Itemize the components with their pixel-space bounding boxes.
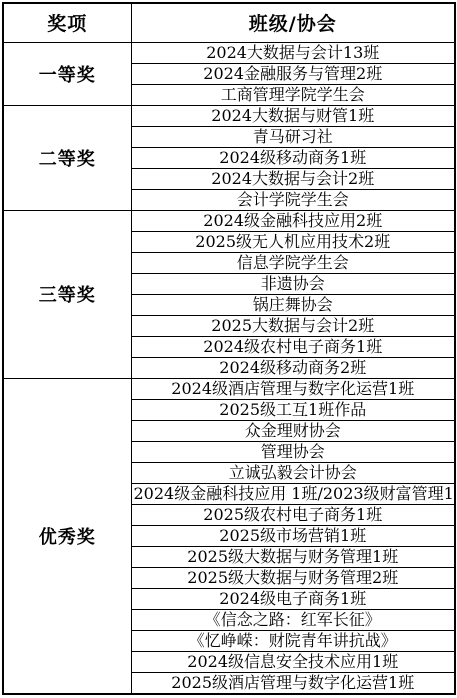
table-header: 奖项 班级/协会 xyxy=(3,3,455,42)
entry-cell: 2025大数据与会计2班 xyxy=(131,315,455,336)
table-row: 一等奖2024大数据与会计13班 xyxy=(3,42,455,63)
header-cell-class: 班级/协会 xyxy=(131,3,455,42)
entry-cell: 2024级酒店管理与数字化运营1班 xyxy=(131,378,455,399)
entry-cell: 立诚弘毅会计协会 xyxy=(131,462,455,483)
entry-cell: 《忆峥嵘：财院青年讲抗战》 xyxy=(131,630,455,651)
award-cell: 三等奖 xyxy=(3,210,131,378)
entry-cell: 非遗协会 xyxy=(131,273,455,294)
entry-cell: 2025级大数据与财务管理1班 xyxy=(131,546,455,567)
award-cell: 一等奖 xyxy=(3,42,131,105)
entry-cell: 2024级金融科技应用2班 xyxy=(131,210,455,231)
entry-cell: 锅庄舞协会 xyxy=(131,294,455,315)
entry-cell: 2025级工互1班作品 xyxy=(131,399,455,420)
entry-cell: 2024金融服务与管理2班 xyxy=(131,63,455,84)
entry-cell: 2024级移动商务2班 xyxy=(131,357,455,378)
entry-cell: 2024大数据与财管1班 xyxy=(131,105,455,126)
entry-cell: 2025级大数据与财务管理2班 xyxy=(131,567,455,588)
table-body: 一等奖2024大数据与会计13班2024金融服务与管理2班工商管理学院学生会二等… xyxy=(3,42,455,694)
entry-cell: 工商管理学院学生会 xyxy=(131,84,455,105)
entry-cell: 2024级电子商务1班 xyxy=(131,588,455,609)
page: 奖项 班级/协会 一等奖2024大数据与会计13班2024金融服务与管理2班工商… xyxy=(0,0,457,698)
award-cell: 二等奖 xyxy=(3,105,131,210)
entry-cell: 2024大数据与会计13班 xyxy=(131,42,455,63)
entry-cell: 2025级酒店管理与数字化运营1班 xyxy=(131,672,455,694)
header-row: 奖项 班级/协会 xyxy=(3,3,455,42)
table-row: 二等奖2024大数据与财管1班 xyxy=(3,105,455,126)
entry-cell: 2024级信息安全技术应用1班 xyxy=(131,651,455,672)
entry-cell: 管理协会 xyxy=(131,441,455,462)
awards-table: 奖项 班级/协会 一等奖2024大数据与会计13班2024金融服务与管理2班工商… xyxy=(2,2,456,695)
table-row: 三等奖2024级金融科技应用2班 xyxy=(3,210,455,231)
entry-cell: 《信念之路：红军长征》 xyxy=(131,609,455,630)
entry-cell: 2025级市场营销1班 xyxy=(131,525,455,546)
entry-cell: 2024级移动商务1班 xyxy=(131,147,455,168)
entry-cell: 2024大数据与会计2班 xyxy=(131,168,455,189)
header-cell-award: 奖项 xyxy=(3,3,131,42)
entry-cell: 众金理财协会 xyxy=(131,420,455,441)
entry-cell: 2025级无人机应用技术2班 xyxy=(131,231,455,252)
entry-cell: 信息学院学生会 xyxy=(131,252,455,273)
award-cell: 优秀奖 xyxy=(3,378,131,694)
entry-cell: 会计学院学生会 xyxy=(131,189,455,210)
entry-cell: 2024级农村电子商务1班 xyxy=(131,336,455,357)
table-row: 优秀奖2024级酒店管理与数字化运营1班 xyxy=(3,378,455,399)
entry-cell: 2025级农村电子商务1班 xyxy=(131,504,455,525)
entry-cell: 青马研习社 xyxy=(131,126,455,147)
entry-cell: 2024级金融科技应用 1班/2023级财富管理1班 xyxy=(131,483,455,504)
